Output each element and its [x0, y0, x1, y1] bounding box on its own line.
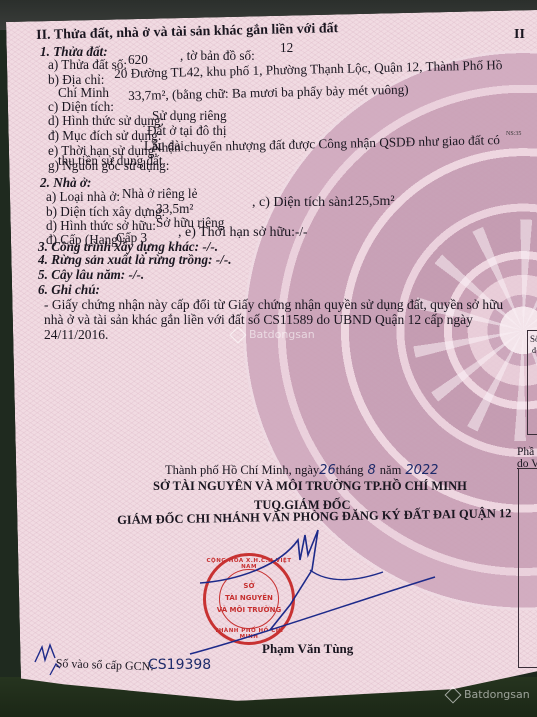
signer-name: Phạm Văn Tùng — [262, 641, 353, 656]
house-logo-icon — [230, 327, 247, 344]
right-table — [518, 468, 537, 668]
watermark-corner: Batdongsan — [447, 688, 530, 701]
registry-number: CS19398 — [148, 658, 211, 673]
certificate-content: II. Thửa đất, nhà ở và tài sản khác gắn … — [0, 0, 537, 717]
right-number-box: Số đ — [527, 330, 537, 435]
right-marker: NS:35 — [506, 127, 521, 142]
signature-icon — [0, 0, 537, 717]
house-logo-icon — [445, 687, 462, 704]
right-box-line2: đ — [532, 343, 536, 358]
watermark-center: Batdongsan — [232, 328, 315, 341]
